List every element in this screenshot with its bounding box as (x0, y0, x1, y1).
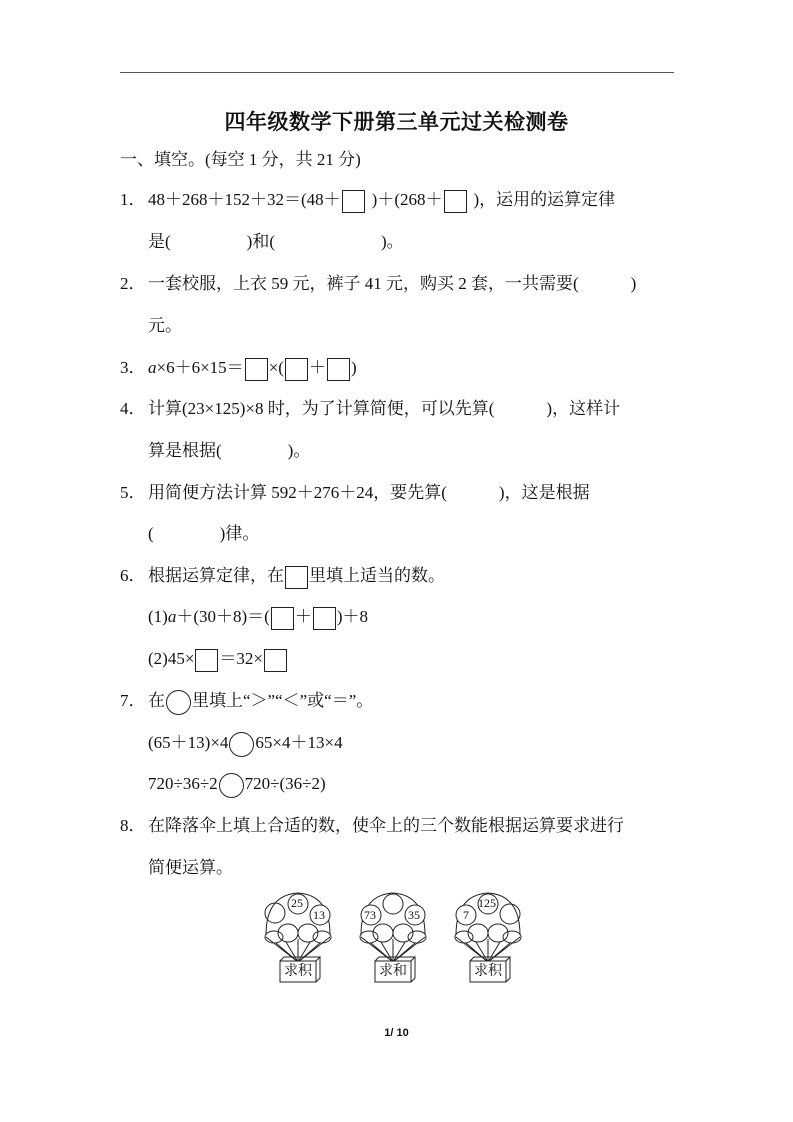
question-8-line-1: 8．在降落伞上填上合适的数，使伞上的三个数能根据运算要求进行 (120, 812, 624, 840)
compare-circle[interactable] (219, 773, 244, 798)
question-6-sub-2: (2)45×＝32× (148, 645, 288, 673)
answer-box[interactable] (444, 190, 467, 213)
question-text: 48＋268＋152＋32＝(48＋ (148, 190, 341, 209)
question-number: 4． (120, 395, 148, 423)
parachute-3: 7 125 求积 (452, 887, 524, 987)
sub-number: (1) (148, 607, 168, 626)
question-text: )，这是根据 (499, 483, 590, 502)
answer-box[interactable] (285, 358, 308, 381)
question-6: 6．根据运算定律，在里填上适当的数。 (120, 562, 445, 590)
answer-box[interactable] (342, 190, 365, 213)
question-text: 里填上“＞”“＜”或“＝”。 (192, 691, 373, 710)
question-1-line-2: 是()和()。 (148, 228, 404, 256)
question-text: 算是根据( (148, 441, 222, 460)
question-text: ) (631, 274, 637, 293)
question-2-line-1: 2．一套校服，上衣 59 元，裤子 41 元，购买 2 套，一共需要() (120, 270, 636, 298)
question-number: 2． (120, 270, 148, 298)
question-text: ＋(30＋8)＝( (176, 607, 269, 626)
question-text: )。 (381, 232, 404, 251)
question-text: )＋(268＋ (372, 190, 443, 209)
question-text: )，这样计 (546, 399, 620, 418)
question-text: 根据运算定律，在 (148, 566, 284, 585)
question-text: ) (351, 358, 357, 377)
question-text: ＋ (309, 358, 326, 377)
variable: a (148, 358, 157, 377)
page-number: 1/ 10 (0, 1027, 793, 1039)
answer-box[interactable] (195, 649, 218, 672)
question-number: 3． (120, 354, 148, 382)
parachute-value: 125 (478, 896, 496, 911)
answer-box[interactable] (264, 649, 287, 672)
question-text: ( (148, 524, 154, 543)
question-7: 7．在里填上“＞”“＜”或“＝”。 (120, 687, 373, 715)
parachute-value: 25 (291, 896, 303, 911)
question-number: 5． (120, 479, 148, 507)
parachute-1: 25 13 求积 (262, 887, 334, 987)
question-text: ×6＋6×15＝ (157, 358, 244, 377)
question-number: 8． (120, 812, 148, 840)
question-text: ×( (269, 358, 284, 377)
parachute-value: 35 (408, 908, 420, 923)
question-5-line-2: ()律。 (148, 520, 259, 548)
parachute-value: 73 (364, 908, 376, 923)
question-1-line-1: 1．48＋268＋152＋32＝(48＋)＋(268＋)，运用的运算定律 (120, 186, 615, 214)
question-3: 3．a×6＋6×15＝×(＋) (120, 354, 357, 382)
answer-box[interactable] (271, 607, 294, 630)
question-2-line-2: 元。 (148, 312, 182, 340)
parachute-value: 7 (463, 908, 469, 923)
question-text: )律。 (220, 524, 260, 543)
operation-label: 求积 (470, 961, 506, 981)
question-7-row-2: 720÷36÷2720÷(36÷2) (148, 770, 326, 798)
box-symbol (285, 566, 308, 589)
answer-box[interactable] (327, 358, 350, 381)
question-number: 1． (120, 186, 148, 214)
question-text: 里填上适当的数。 (309, 566, 445, 585)
expression-left: (65＋13)×4 (148, 733, 228, 752)
header-rule (120, 72, 674, 73)
question-4-line-2: 算是根据()。 (148, 437, 310, 465)
question-text: 在 (148, 691, 165, 710)
question-text: 用简便方法计算 592＋276＋24，要先算( (148, 483, 447, 502)
question-number: 6． (120, 562, 148, 590)
question-text: 在降落伞上填上合适的数，使伞上的三个数能根据运算要求进行 (148, 816, 624, 835)
question-text: 是( (148, 232, 171, 251)
question-text: ＋ (295, 607, 312, 626)
answer-box[interactable] (313, 607, 336, 630)
section-heading: 一、填空。(每空 1 分，共 21 分) (120, 146, 361, 174)
expression-right: 65×4＋13×4 (255, 733, 342, 752)
question-text: )＋8 (337, 607, 368, 626)
parachute-value: 13 (313, 908, 325, 923)
question-number: 7． (120, 687, 148, 715)
question-text: )，运用的运算定律 (474, 190, 616, 209)
question-8-line-2: 简便运算。 (148, 854, 233, 882)
question-text: )。 (288, 441, 311, 460)
question-4-line-1: 4．计算(23×125)×8 时，为了计算简便，可以先算()，这样计 (120, 395, 620, 423)
operation-label: 求和 (375, 961, 411, 981)
question-text: (2)45× (148, 649, 194, 668)
circle-symbol (166, 690, 191, 715)
question-5-line-1: 5．用简便方法计算 592＋276＋24，要先算()，这是根据 (120, 479, 590, 507)
question-text: ＝32× (219, 649, 263, 668)
parachute-figure: 25 13 求积 73 35 求和 (262, 887, 537, 987)
question-text: 计算(23×125)×8 时，为了计算简便，可以先算( (148, 399, 494, 418)
page-title: 四年级数学下册第三单元过关检测卷 (0, 106, 793, 136)
operation-label: 求积 (280, 961, 316, 981)
expression-right: 720÷(36÷2) (245, 774, 326, 793)
question-7-row-1: (65＋13)×465×4＋13×4 (148, 729, 343, 757)
compare-circle[interactable] (229, 732, 254, 757)
question-6-sub-1: (1)a＋(30＋8)＝(＋)＋8 (148, 603, 368, 631)
answer-box[interactable] (245, 358, 268, 381)
expression-left: 720÷36÷2 (148, 774, 218, 793)
question-text: )和( (247, 232, 275, 251)
question-text: 一套校服，上衣 59 元，裤子 41 元，购买 2 套，一共需要( (148, 274, 579, 293)
parachute-2: 73 35 求和 (357, 887, 429, 987)
